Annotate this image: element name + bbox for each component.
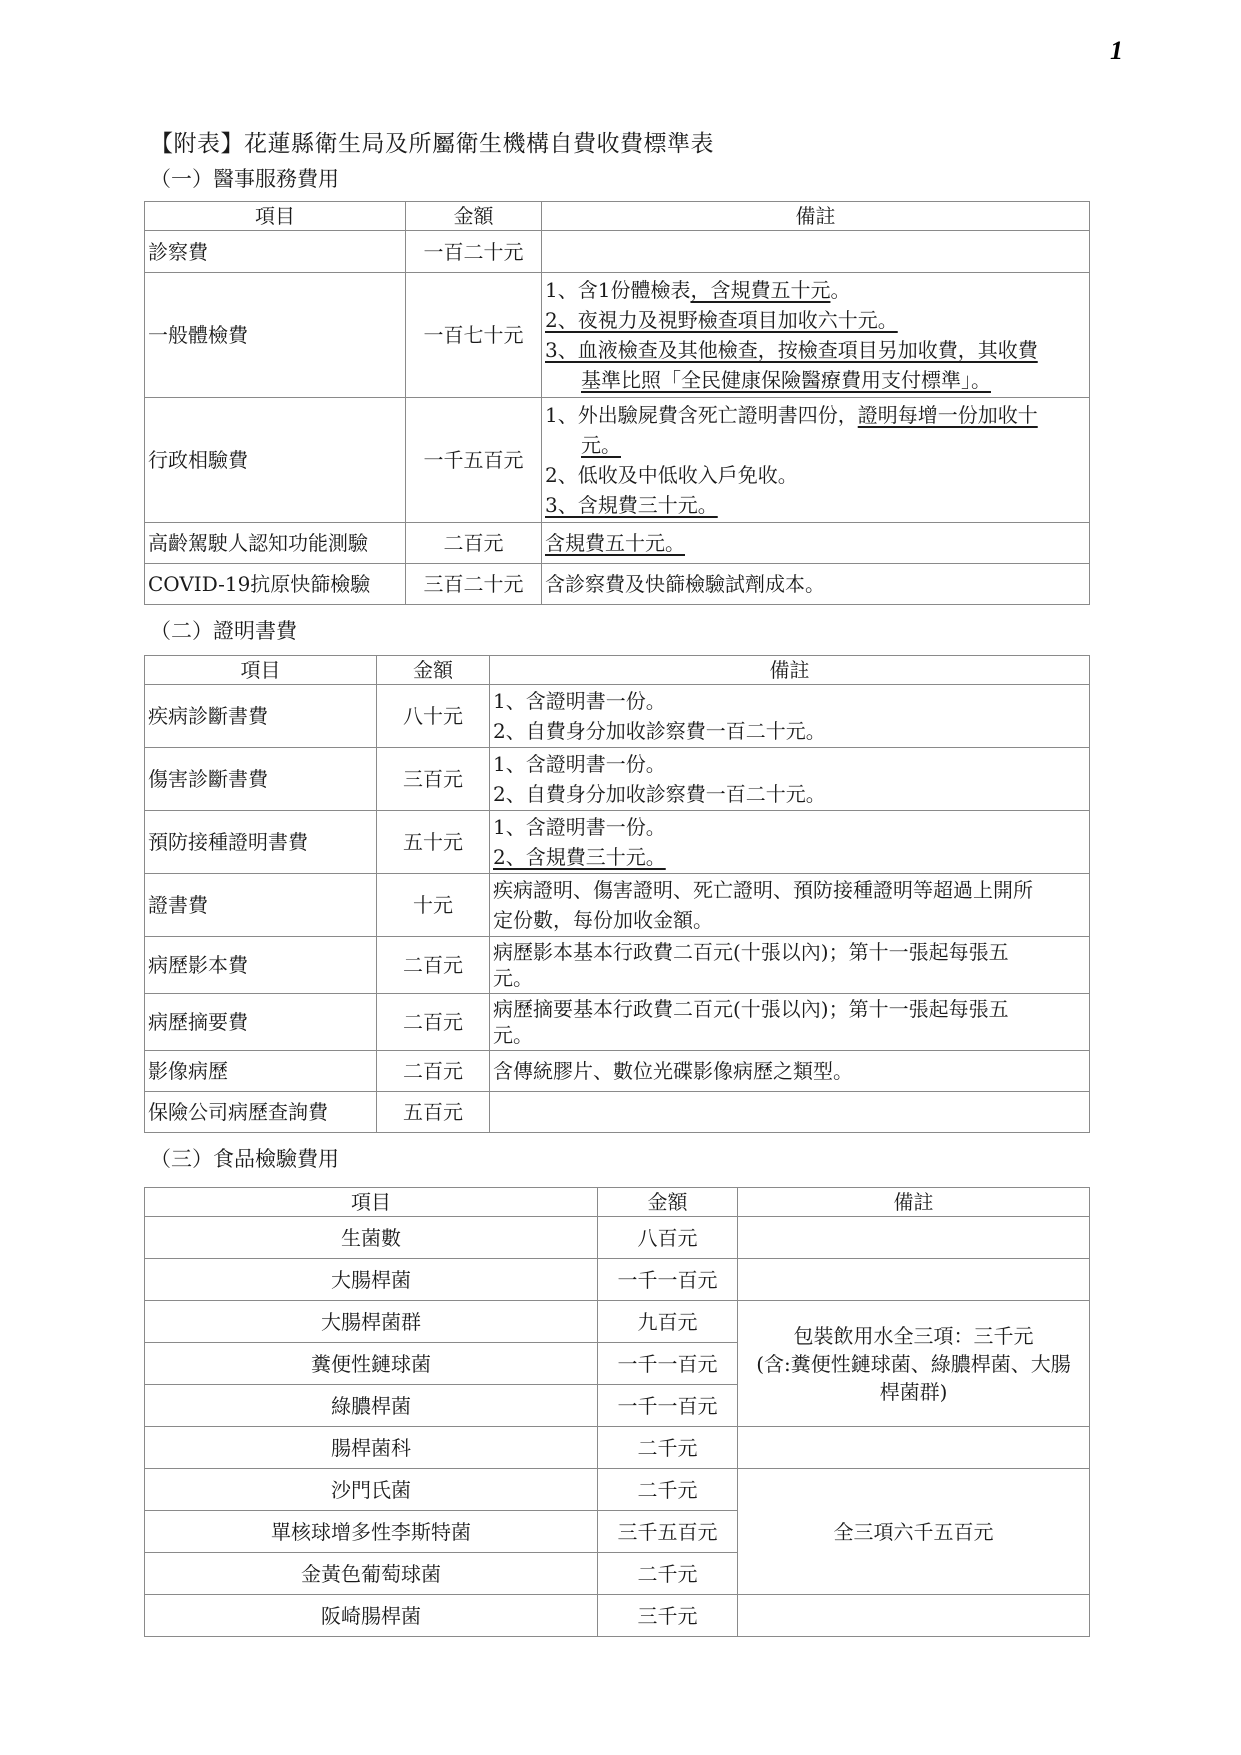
table-row: 大腸桿菌群 九百元 包裝飲用水全三項：三千元 (含:糞便性鏈球菌、綠膿桿菌、大腸… — [145, 1301, 1090, 1343]
header-item: 項目 — [145, 202, 406, 231]
notes-cell — [738, 1427, 1090, 1469]
amount-cell: 一百二十元 — [406, 231, 542, 273]
note-line: 定份數，每份加收金額。 — [493, 905, 1086, 935]
item-cell: 一般體檢費 — [145, 273, 406, 398]
note-line: 包裝飲用水全三項：三千元 — [741, 1322, 1086, 1350]
item-cell: 阪崎腸桿菌 — [145, 1595, 598, 1637]
note-line: 元。 — [493, 965, 1086, 991]
amount-cell: 三百二十元 — [406, 564, 542, 605]
page-number: 1 — [1110, 36, 1123, 66]
medical-services-table: 項目 金額 備註 診察費 一百二十元 一般體檢費 一百七十元 1、含1份體檢表，… — [144, 201, 1090, 605]
amount-cell: 十元 — [377, 874, 490, 937]
header-amount: 金額 — [377, 656, 490, 685]
item-cell: 傷害診斷書費 — [145, 748, 377, 811]
table-row: 影像病歷 二百元 含傳統膠片、數位光碟影像病歷之類型。 — [145, 1051, 1090, 1092]
item-cell: 大腸桿菌 — [145, 1259, 598, 1301]
amount-cell: 一百七十元 — [406, 273, 542, 398]
note-line: 疾病證明、傷害證明、死亡證明、預防接種證明等超過上開所 — [493, 875, 1086, 905]
amount-cell: 二百元 — [406, 523, 542, 564]
item-cell: 單核球增多性李斯特菌 — [145, 1511, 598, 1553]
amount-cell: 二千元 — [598, 1427, 738, 1469]
note-line: 1、含證明書一份。 — [493, 686, 1086, 716]
table-row: 生菌數 八百元 — [145, 1217, 1090, 1259]
header-notes: 備註 — [490, 656, 1090, 685]
amount-cell: 五十元 — [377, 811, 490, 874]
note-line: 基準比照「全民健康保險醫療費用支付標準」。 — [545, 365, 1086, 395]
table-row: 大腸桿菌 一千一百元 — [145, 1259, 1090, 1301]
table-row: COVID-19抗原快篩檢驗 三百二十元 含診察費及快篩檢驗試劑成本。 — [145, 564, 1090, 605]
note-line: 病歷摘要基本行政費二百元(十張以內)；第十一張起每張五 — [493, 996, 1086, 1022]
notes-cell — [490, 1092, 1090, 1133]
amount-cell: 三千元 — [598, 1595, 738, 1637]
item-cell: 保險公司病歷查詢費 — [145, 1092, 377, 1133]
note-line: (含:糞便性鏈球菌、綠膿桿菌、大腸 — [741, 1350, 1086, 1378]
amount-cell: 八十元 — [377, 685, 490, 748]
amount-cell: 一千一百元 — [598, 1259, 738, 1301]
table-header-row: 項目 金額 備註 — [145, 656, 1090, 685]
amount-cell: 五百元 — [377, 1092, 490, 1133]
note-line: 病歷影本基本行政費二百元(十張以內)；第十一張起每張五 — [493, 939, 1086, 965]
note-line: 2、自費身分加收診察費一百二十元。 — [493, 779, 1086, 809]
amount-cell: 二百元 — [377, 1051, 490, 1092]
table-row: 行政相驗費 一千五百元 1、外出驗屍費含死亡證明書四份，證明每增一份加收十 元。… — [145, 398, 1090, 523]
item-cell: 證書費 — [145, 874, 377, 937]
note-line: 元。 — [545, 430, 1086, 460]
food-testing-table: 項目 金額 備註 生菌數 八百元 大腸桿菌 一千一百元 大腸桿菌群 九百元 包裝… — [144, 1187, 1090, 1637]
item-cell: 生菌數 — [145, 1217, 598, 1259]
item-cell: COVID-19抗原快篩檢驗 — [145, 564, 406, 605]
certificate-fees-table: 項目 金額 備註 疾病診斷書費 八十元 1、含證明書一份。 2、自費身分加收診察… — [144, 655, 1090, 1133]
item-cell: 腸桿菌科 — [145, 1427, 598, 1469]
table-row: 阪崎腸桿菌 三千元 — [145, 1595, 1090, 1637]
table-row: 保險公司病歷查詢費 五百元 — [145, 1092, 1090, 1133]
item-cell: 病歷摘要費 — [145, 994, 377, 1051]
note-line: 桿菌群) — [741, 1378, 1086, 1406]
notes-cell: 病歷影本基本行政費二百元(十張以內)；第十一張起每張五 元。 — [490, 937, 1090, 994]
header-notes: 備註 — [542, 202, 1090, 231]
amount-cell: 一千一百元 — [598, 1343, 738, 1385]
header-amount: 金額 — [406, 202, 542, 231]
notes-cell: 含傳統膠片、數位光碟影像病歷之類型。 — [490, 1051, 1090, 1092]
table-row: 高齡駕駛人認知功能測驗 二百元 含規費五十元。 — [145, 523, 1090, 564]
merged-notes-water-package: 包裝飲用水全三項：三千元 (含:糞便性鏈球菌、綠膿桿菌、大腸 桿菌群) — [738, 1301, 1090, 1427]
item-cell: 診察費 — [145, 231, 406, 273]
notes-cell: 1、含證明書一份。 2、含規費三十元。 — [490, 811, 1090, 874]
table-row: 病歷摘要費 二百元 病歷摘要基本行政費二百元(十張以內)；第十一張起每張五 元。 — [145, 994, 1090, 1051]
amount-cell: 一千一百元 — [598, 1385, 738, 1427]
table-row: 沙門氏菌 二千元 全三項六千五百元 — [145, 1469, 1090, 1511]
document-title: 【附表】花蓮縣衛生局及所屬衛生機構自費收費標準表 — [150, 125, 714, 158]
merged-notes-three-items: 全三項六千五百元 — [738, 1469, 1090, 1595]
notes-cell — [738, 1595, 1090, 1637]
table-row: 腸桿菌科 二千元 — [145, 1427, 1090, 1469]
amount-cell: 三千五百元 — [598, 1511, 738, 1553]
amount-cell: 二千元 — [598, 1553, 738, 1595]
notes-cell: 1、外出驗屍費含死亡證明書四份，證明每增一份加收十 元。 2、低收及中低收入戶免… — [542, 398, 1090, 523]
note-line: 2、自費身分加收診察費一百二十元。 — [493, 716, 1086, 746]
header-amount: 金額 — [598, 1188, 738, 1217]
item-cell: 疾病診斷書費 — [145, 685, 377, 748]
item-cell: 高齡駕駛人認知功能測驗 — [145, 523, 406, 564]
note-line: 1、含證明書一份。 — [493, 812, 1086, 842]
table-header-row: 項目 金額 備註 — [145, 202, 1090, 231]
amount-cell: 二千元 — [598, 1469, 738, 1511]
notes-cell: 1、含證明書一份。 2、自費身分加收診察費一百二十元。 — [490, 748, 1090, 811]
table-header-row: 項目 金額 備註 — [145, 1188, 1090, 1217]
notes-cell: 含診察費及快篩檢驗試劑成本。 — [542, 564, 1090, 605]
table-row: 疾病診斷書費 八十元 1、含證明書一份。 2、自費身分加收診察費一百二十元。 — [145, 685, 1090, 748]
notes-cell — [542, 231, 1090, 273]
header-item: 項目 — [145, 656, 377, 685]
notes-cell: 含規費五十元。 — [542, 523, 1090, 564]
amount-cell: 二百元 — [377, 937, 490, 994]
table-row: 傷害診斷書費 三百元 1、含證明書一份。 2、自費身分加收診察費一百二十元。 — [145, 748, 1090, 811]
item-cell: 沙門氏菌 — [145, 1469, 598, 1511]
note-line: 1、含1份體檢表，含規費五十元。 — [545, 275, 1086, 305]
item-cell: 病歷影本費 — [145, 937, 377, 994]
item-cell: 行政相驗費 — [145, 398, 406, 523]
notes-cell: 1、含1份體檢表，含規費五十元。 2、夜視力及視野檢查項目加收六十元。 3、血液… — [542, 273, 1090, 398]
amount-cell: 三百元 — [377, 748, 490, 811]
notes-cell: 疾病證明、傷害證明、死亡證明、預防接種證明等超過上開所 定份數，每份加收金額。 — [490, 874, 1090, 937]
notes-cell — [738, 1217, 1090, 1259]
amount-cell: 八百元 — [598, 1217, 738, 1259]
item-cell: 影像病歷 — [145, 1051, 377, 1092]
amount-cell: 一千五百元 — [406, 398, 542, 523]
note-line: 元。 — [493, 1022, 1086, 1048]
table-row: 一般體檢費 一百七十元 1、含1份體檢表，含規費五十元。 2、夜視力及視野檢查項… — [145, 273, 1090, 398]
item-cell: 大腸桿菌群 — [145, 1301, 598, 1343]
notes-cell: 1、含證明書一份。 2、自費身分加收診察費一百二十元。 — [490, 685, 1090, 748]
notes-cell — [738, 1259, 1090, 1301]
note-line: 2、低收及中低收入戶免收。 — [545, 460, 1086, 490]
note-line: 3、血液檢查及其他檢查，按檢查項目另加收費，其收費 — [545, 335, 1086, 365]
section-title-food-testing: （三）食品檢驗費用 — [150, 1143, 339, 1173]
amount-cell: 二百元 — [377, 994, 490, 1051]
item-cell: 預防接種證明書費 — [145, 811, 377, 874]
header-item: 項目 — [145, 1188, 598, 1217]
amount-cell: 九百元 — [598, 1301, 738, 1343]
item-cell: 綠膿桿菌 — [145, 1385, 598, 1427]
note-line: 2、夜視力及視野檢查項目加收六十元。 — [545, 305, 1086, 335]
header-notes: 備註 — [738, 1188, 1090, 1217]
table-row: 證書費 十元 疾病證明、傷害證明、死亡證明、預防接種證明等超過上開所 定份數，每… — [145, 874, 1090, 937]
section-title-certificate-fees: （二）證明書費 — [150, 615, 297, 645]
note-line: 3、含規費三十元。 — [545, 490, 1086, 520]
section-title-medical-services: （一）醫事服務費用 — [150, 163, 339, 193]
item-cell: 糞便性鏈球菌 — [145, 1343, 598, 1385]
note-line: 1、外出驗屍費含死亡證明書四份，證明每增一份加收十 — [545, 400, 1086, 430]
table-row: 預防接種證明書費 五十元 1、含證明書一份。 2、含規費三十元。 — [145, 811, 1090, 874]
note-line: 2、含規費三十元。 — [493, 842, 1086, 872]
table-row: 病歷影本費 二百元 病歷影本基本行政費二百元(十張以內)；第十一張起每張五 元。 — [145, 937, 1090, 994]
table-row: 診察費 一百二十元 — [145, 231, 1090, 273]
item-cell: 金黃色葡萄球菌 — [145, 1553, 598, 1595]
notes-cell: 病歷摘要基本行政費二百元(十張以內)；第十一張起每張五 元。 — [490, 994, 1090, 1051]
note-line: 1、含證明書一份。 — [493, 749, 1086, 779]
